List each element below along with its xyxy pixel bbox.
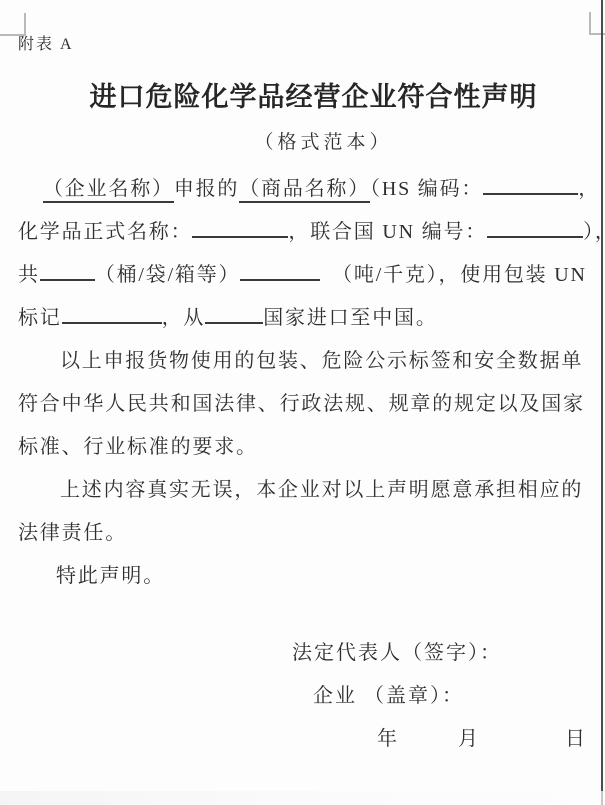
document-title: 进口危险化学品经营企业符合性声明 xyxy=(0,80,605,114)
body-text: 特此声明。 xyxy=(56,565,165,587)
signature-block: 法定代表人（签字）： 企业 （盖章）： 年 月 日 xyxy=(0,632,605,761)
body-line: 以上申报货物使用的包装、危险公示标签和安全数据单 xyxy=(18,340,591,383)
date-year-label: 年 xyxy=(377,728,399,750)
body-text: 申报的 xyxy=(174,178,239,200)
company-seal-label: 企业 （盖章）： xyxy=(0,675,605,718)
body-text: 符合中华人民共和国法律、行政法规、规章的规定以及国家 xyxy=(18,393,585,415)
date-line: 年 月 日 xyxy=(0,718,605,761)
appendix-label: 附表 A xyxy=(18,34,605,56)
body-text: 上述内容真实无误，本企业对以上声明愿意承担相应的 xyxy=(60,479,583,501)
body-line: 化学品正式名称：，联合国 UN 编号：）， xyxy=(18,211,591,254)
body-text: 标准、行业标准的要求。 xyxy=(18,436,258,458)
body-text: （吨/千克），使用包装 UN xyxy=(320,264,586,286)
fill-in-blank-underline xyxy=(240,259,320,281)
body-line: 标准、行业标准的要求。 xyxy=(18,426,591,469)
body-line: 法律责任。 xyxy=(18,512,591,555)
declaration-body: （企业名称）申报的（商品名称）（HS 编码：，化学品正式名称：，联合国 UN 编… xyxy=(0,168,605,598)
body-text: 法律责任。 xyxy=(18,522,127,544)
fill-in-blank-underline xyxy=(62,302,162,324)
body-text: 共 xyxy=(18,264,40,286)
underlined-placeholder-text: （企业名称） xyxy=(43,178,174,203)
fill-in-blank-underline xyxy=(205,302,263,324)
fill-in-blank-underline xyxy=(487,216,583,238)
body-text: 化学品正式名称： xyxy=(18,221,192,243)
fill-in-blank-underline xyxy=(483,173,578,195)
body-line: 符合中华人民共和国法律、行政法规、规章的规定以及国家 xyxy=(18,383,591,426)
legal-representative-signature-label: 法定代表人（签字）： xyxy=(0,632,605,675)
body-text: ， xyxy=(578,178,600,200)
document-subtitle: （格式范本） xyxy=(0,132,605,154)
body-line: 共（桶/袋/箱等） （吨/千克），使用包装 UN xyxy=(18,254,591,297)
body-text: 国家进口至中国。 xyxy=(263,307,437,329)
body-line: 上述内容真实无误，本企业对以上声明愿意承担相应的 xyxy=(18,469,591,512)
body-line: 特此声明。 xyxy=(18,555,591,598)
margin-corner-mark-top-left xyxy=(0,13,26,36)
body-text: （HS 编码： xyxy=(370,178,483,200)
underlined-placeholder-text: （商品名称） xyxy=(239,178,370,203)
body-line: 标记，从国家进口至中国。 xyxy=(18,297,591,340)
page-right-edge-line xyxy=(601,0,603,805)
fill-in-blank-underline xyxy=(40,259,95,281)
fill-in-blank-underline xyxy=(192,216,288,238)
document-page: 附表 A 进口危险化学品经营企业符合性声明 （格式范本） （企业名称）申报的（商… xyxy=(0,0,605,805)
body-text: 以上申报货物使用的包装、危险公示标签和安全数据单 xyxy=(60,350,583,372)
body-text: ，从 xyxy=(162,307,206,329)
date-day-label: 日 xyxy=(565,728,587,750)
body-text: ，联合国 UN 编号： xyxy=(288,221,487,243)
body-text: （桶/袋/箱等） xyxy=(95,264,241,286)
date-month-label: 月 xyxy=(458,728,480,750)
body-text: 标记 xyxy=(18,307,62,329)
body-line: （企业名称）申报的（商品名称）（HS 编码：， xyxy=(18,168,591,211)
